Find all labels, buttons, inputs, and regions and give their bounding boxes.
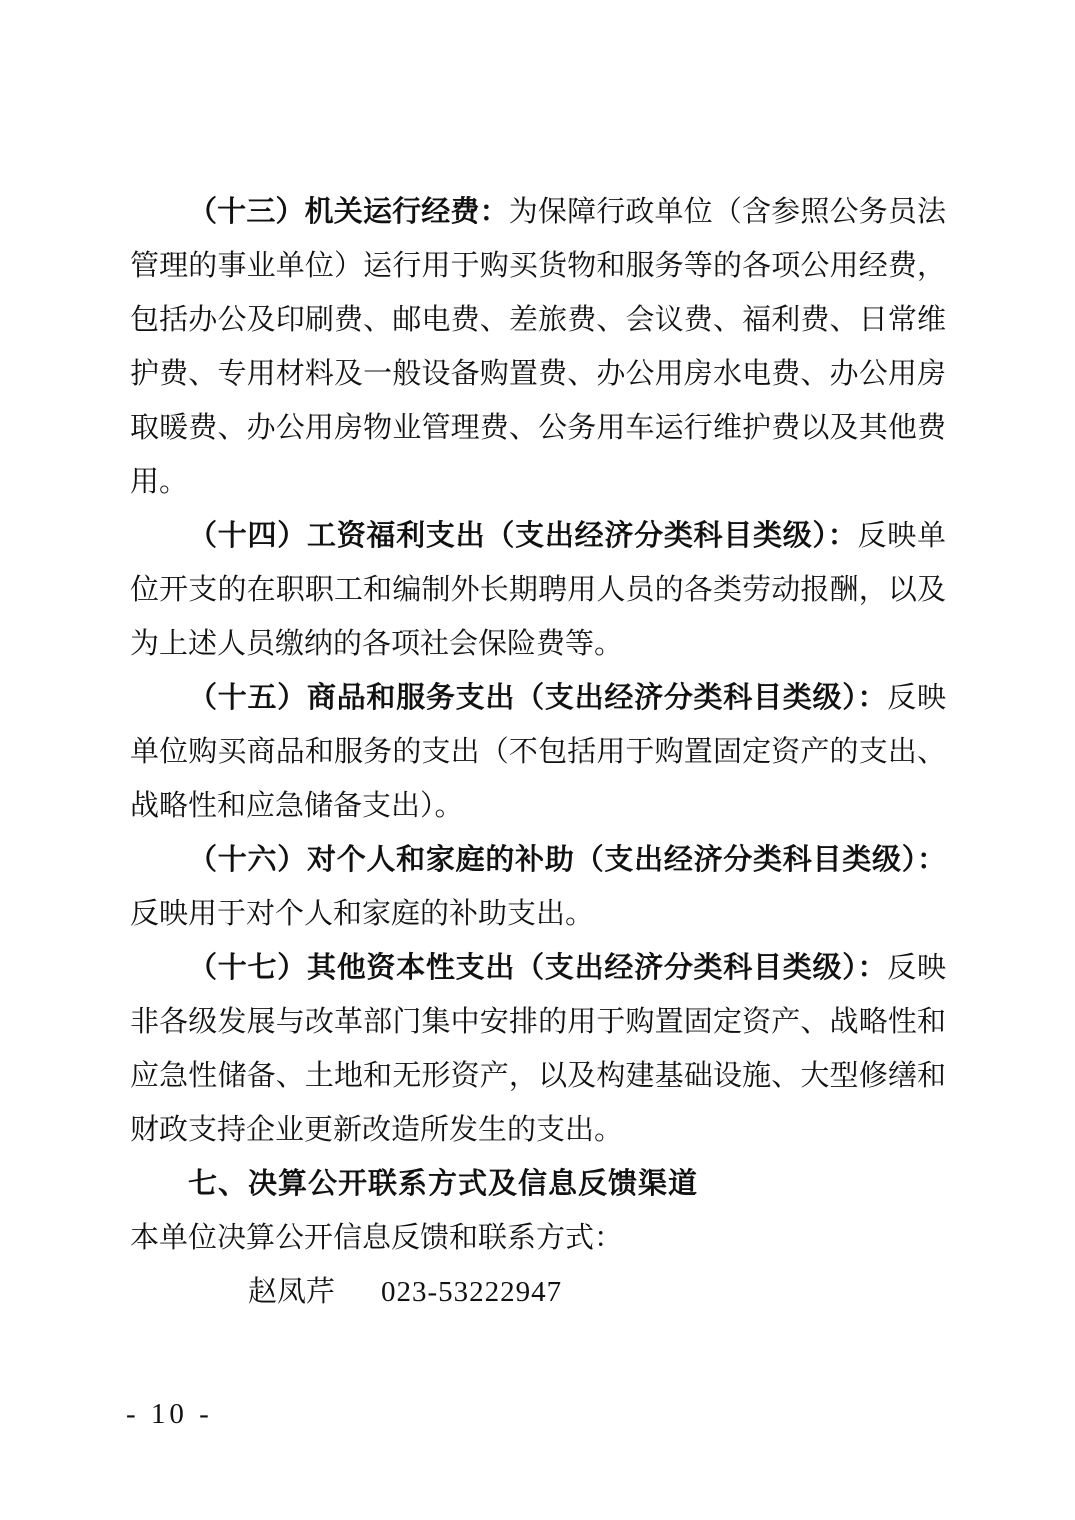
page-number: - 10 - — [126, 1398, 213, 1431]
document-page: （十三）机关运行经费：为保障行政单位（含参照公务员法管理的事业单位）运行用于购买… — [0, 0, 1075, 1520]
paragraph-13: （十三）机关运行经费：为保障行政单位（含参照公务员法管理的事业单位）运行用于购买… — [130, 185, 946, 509]
contact-intro: 本单位决算公开信息反馈和联系方式： — [130, 1211, 946, 1265]
paragraph-14-lead: （十四）工资福利支出（支出经济分类科目类级）： — [188, 520, 858, 552]
paragraph-16: （十六）对个人和家庭的补助（支出经济分类科目类级）：反映用于对个人和家庭的补助支… — [130, 833, 946, 941]
paragraph-16-lead: （十六）对个人和家庭的补助（支出经济分类科目类级）： — [188, 844, 946, 876]
contact-phone: 023-53222947 — [381, 1276, 562, 1308]
paragraph-13-text: 为保障行政单位（含参照公务员法管理的事业单位）运行用于购买货物和服务等的各项公用… — [130, 196, 946, 498]
paragraph-17: （十七）其他资本性支出（支出经济分类科目类级）：反映非各级发展与改革部门集中安排… — [130, 941, 946, 1157]
paragraph-13-lead: （十三）机关运行经费： — [188, 196, 509, 228]
document-body: （十三）机关运行经费：为保障行政单位（含参照公务员法管理的事业单位）运行用于购买… — [130, 185, 946, 1319]
contact-name: 赵凤芹 — [248, 1276, 335, 1308]
paragraph-14: （十四）工资福利支出（支出经济分类科目类级）：反映单位开支的在职职工和编制外长期… — [130, 509, 946, 671]
contact-line: 赵凤芹023-53222947 — [130, 1265, 946, 1319]
paragraph-15: （十五）商品和服务支出（支出经济分类科目类级）：反映单位购买商品和服务的支出（不… — [130, 671, 946, 833]
paragraph-17-lead: （十七）其他资本性支出（支出经济分类科目类级）： — [188, 952, 887, 984]
paragraph-16-text: 反映用于对个人和家庭的补助支出。 — [130, 898, 594, 930]
section-heading: 七、决算公开联系方式及信息反馈渠道 — [130, 1157, 946, 1211]
paragraph-15-lead: （十五）商品和服务支出（支出经济分类科目类级）： — [188, 682, 887, 714]
